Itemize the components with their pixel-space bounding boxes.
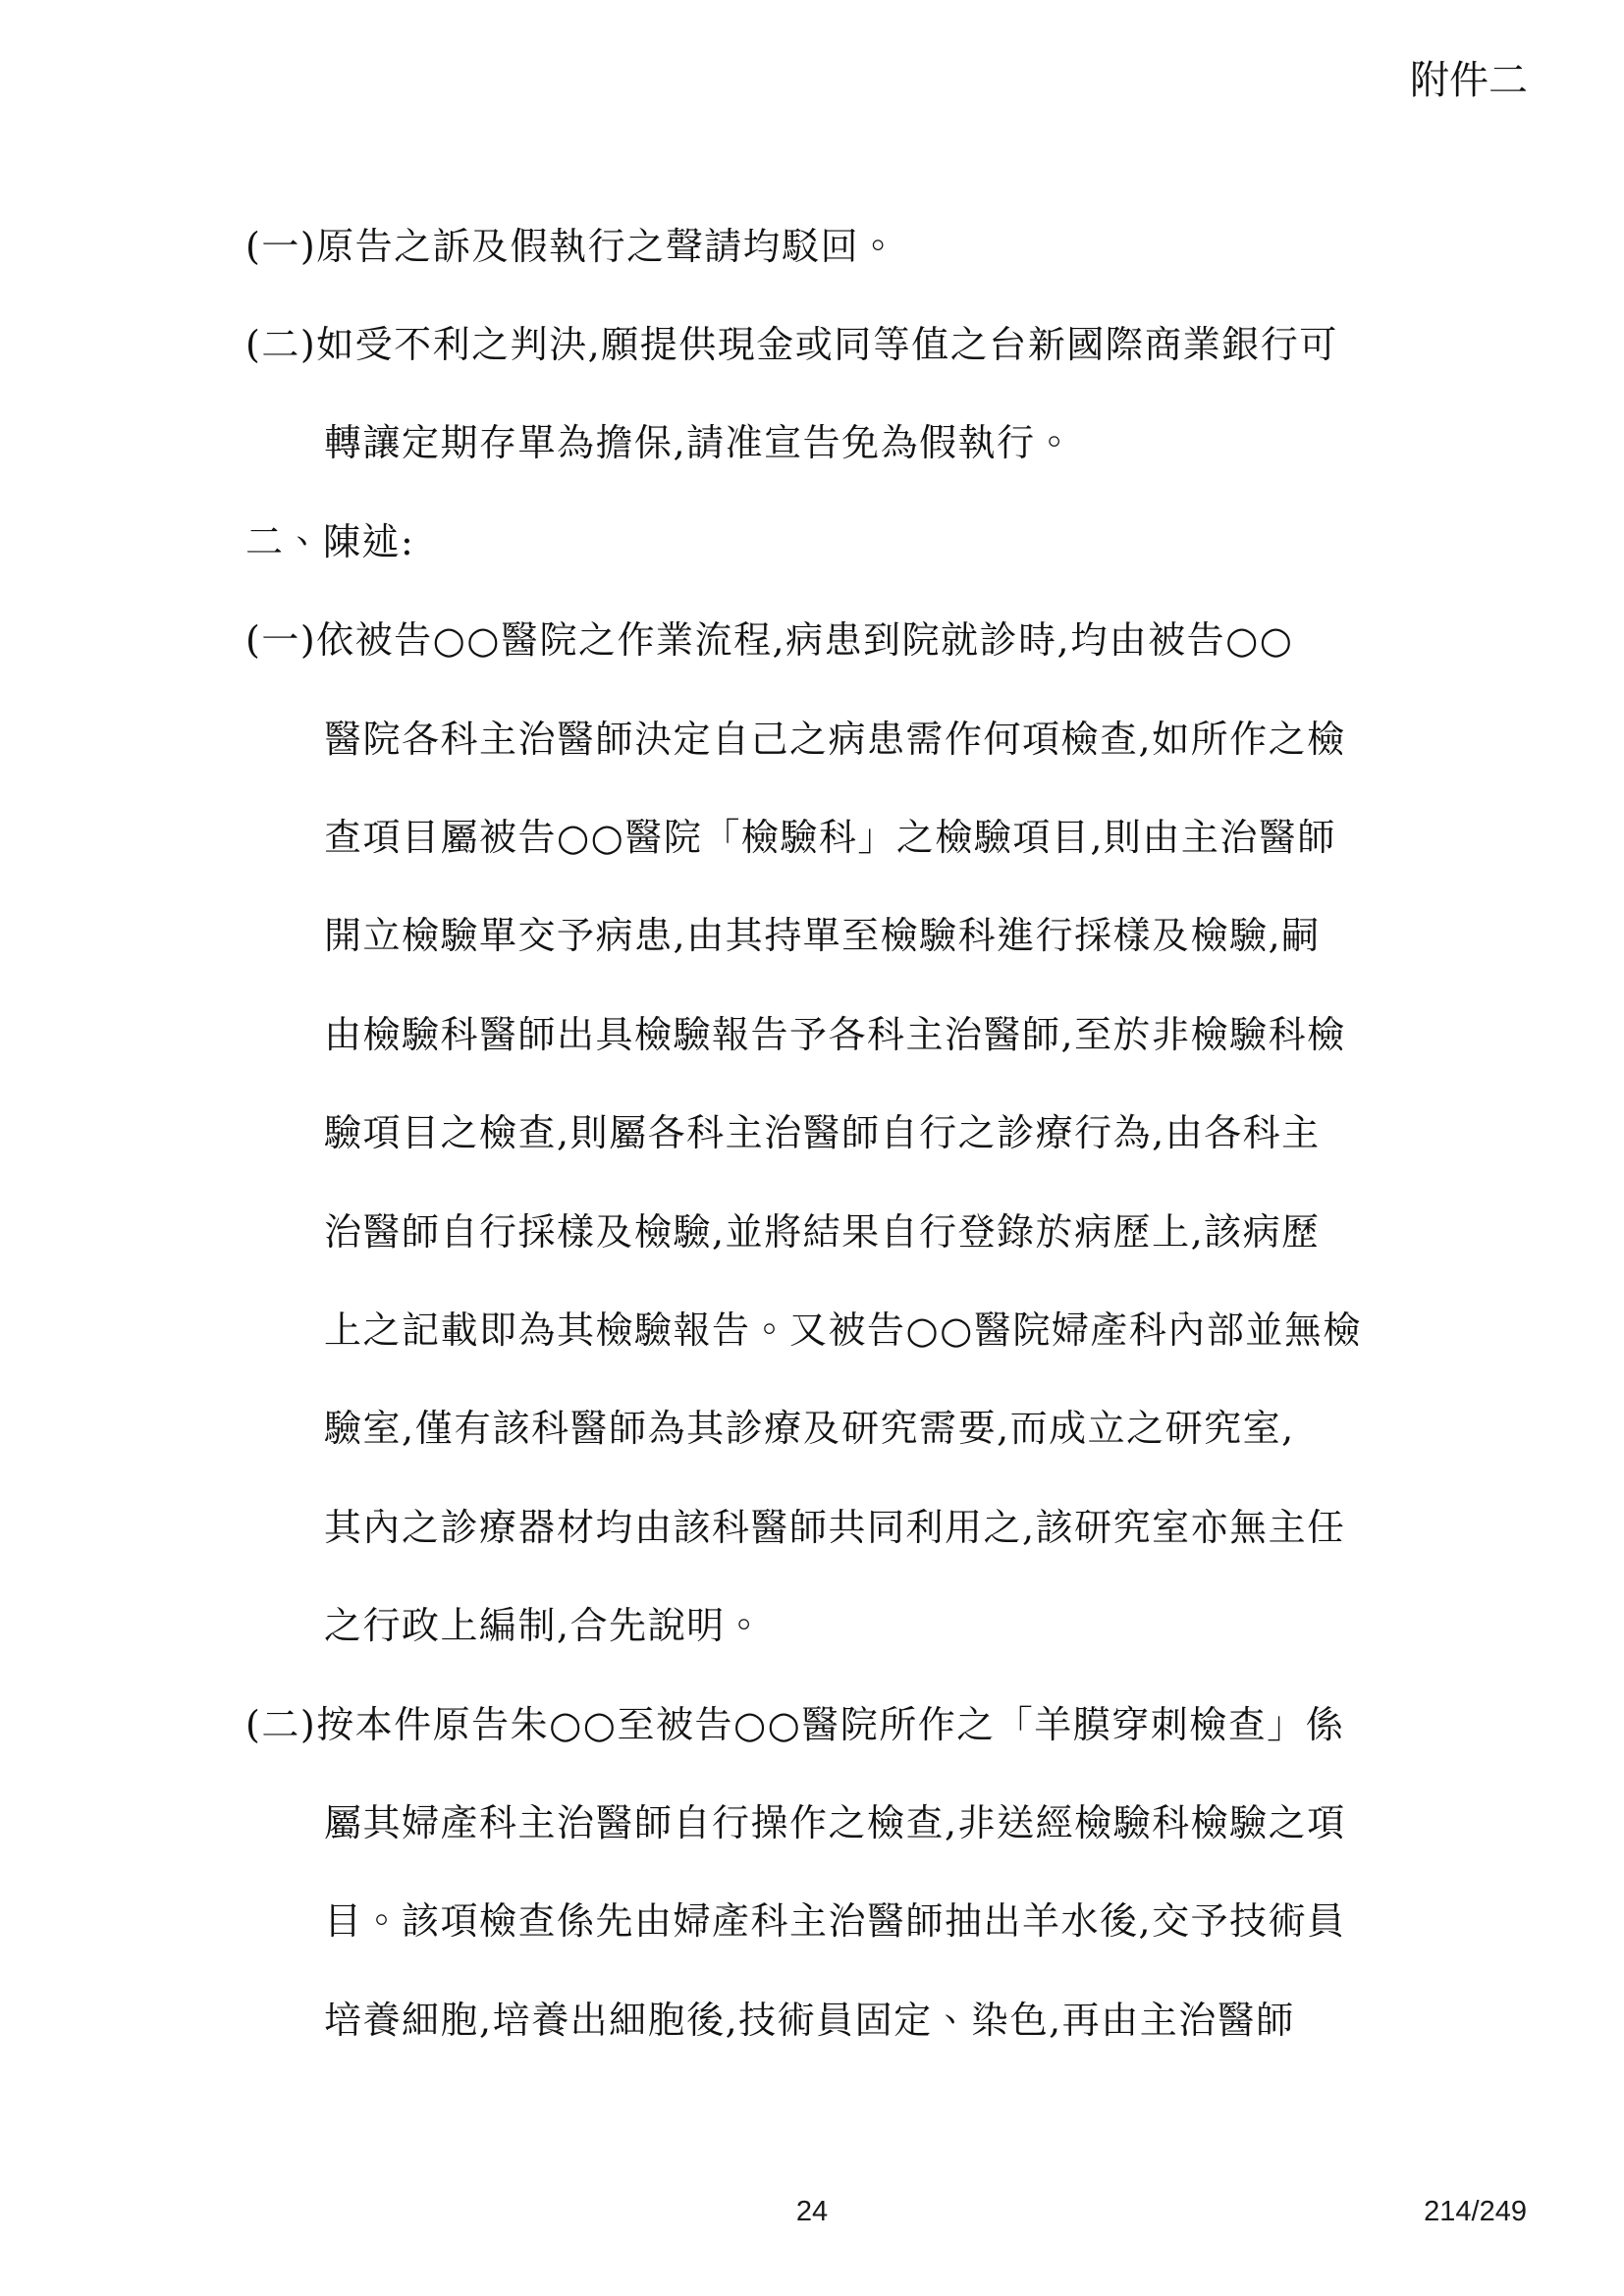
text-line: 其內之診療器材均由該科醫師共同利用之,該研究室亦無主任 — [0, 1474, 1624, 1573]
text-line: 轉讓定期存單為擔保,請准宣告免為假執行。 — [0, 391, 1624, 489]
text-line: 查項目屬被告○○醫院「檢驗科」之檢驗項目,則由主治醫師 — [0, 784, 1624, 882]
page-locator: 214/249 — [1424, 2196, 1527, 2228]
text-line: 驗室,僅有該科醫師為其診療及研究需要,而成立之研究室, — [0, 1376, 1624, 1474]
text-line: 由檢驗科醫師出具檢驗報告予各科主治醫師,至於非檢驗科檢 — [0, 982, 1624, 1080]
document-body: (一)原告之訴及假執行之聲請均駁回。(二)如受不利之判決,願提供現金或同等值之台… — [0, 193, 1624, 2065]
text-line: 醫院各科主治醫師決定自己之病患需作何項檢查,如所作之檢 — [0, 686, 1624, 784]
page-number: 24 — [0, 2196, 1624, 2228]
text-line: 二、陳述: — [0, 489, 1624, 587]
text-line: 目。該項檢查係先由婦產科主治醫師抽出羊水後,交予技術員 — [0, 1869, 1624, 1967]
text-line: 之行政上編制,合先說明。 — [0, 1573, 1624, 1671]
text-line: 培養細胞,培養出細胞後,技術員固定、染色,再由主治醫師 — [0, 1967, 1624, 2065]
text-line: 開立檢驗單交予病患,由其持單至檢驗科進行採樣及檢驗,嗣 — [0, 883, 1624, 982]
text-line: 屬其婦產科主治醫師自行操作之檢查,非送經檢驗科檢驗之項 — [0, 1770, 1624, 1868]
text-line: (二)如受不利之判決,願提供現金或同等值之台新國際商業銀行可 — [0, 292, 1624, 390]
text-line: (二)按本件原告朱○○至被告○○醫院所作之「羊膜穿刺檢查」係 — [0, 1672, 1624, 1770]
text-line: (一)依被告○○醫院之作業流程,病患到院就診時,均由被告○○ — [0, 588, 1624, 686]
document-page: 附件二 (一)原告之訴及假執行之聲請均駁回。(二)如受不利之判決,願提供現金或同… — [0, 0, 1624, 2296]
text-line: (一)原告之訴及假執行之聲請均駁回。 — [0, 193, 1624, 292]
attachment-label: 附件二 — [1410, 49, 1528, 105]
text-line: 治醫師自行採樣及檢驗,並將結果自行登錄於病歷上,該病歷 — [0, 1179, 1624, 1277]
text-line: 上之記載即為其檢驗報告。又被告○○醫院婦產科內部並無檢 — [0, 1277, 1624, 1375]
text-line: 驗項目之檢查,則屬各科主治醫師自行之診療行為,由各科主 — [0, 1081, 1624, 1179]
